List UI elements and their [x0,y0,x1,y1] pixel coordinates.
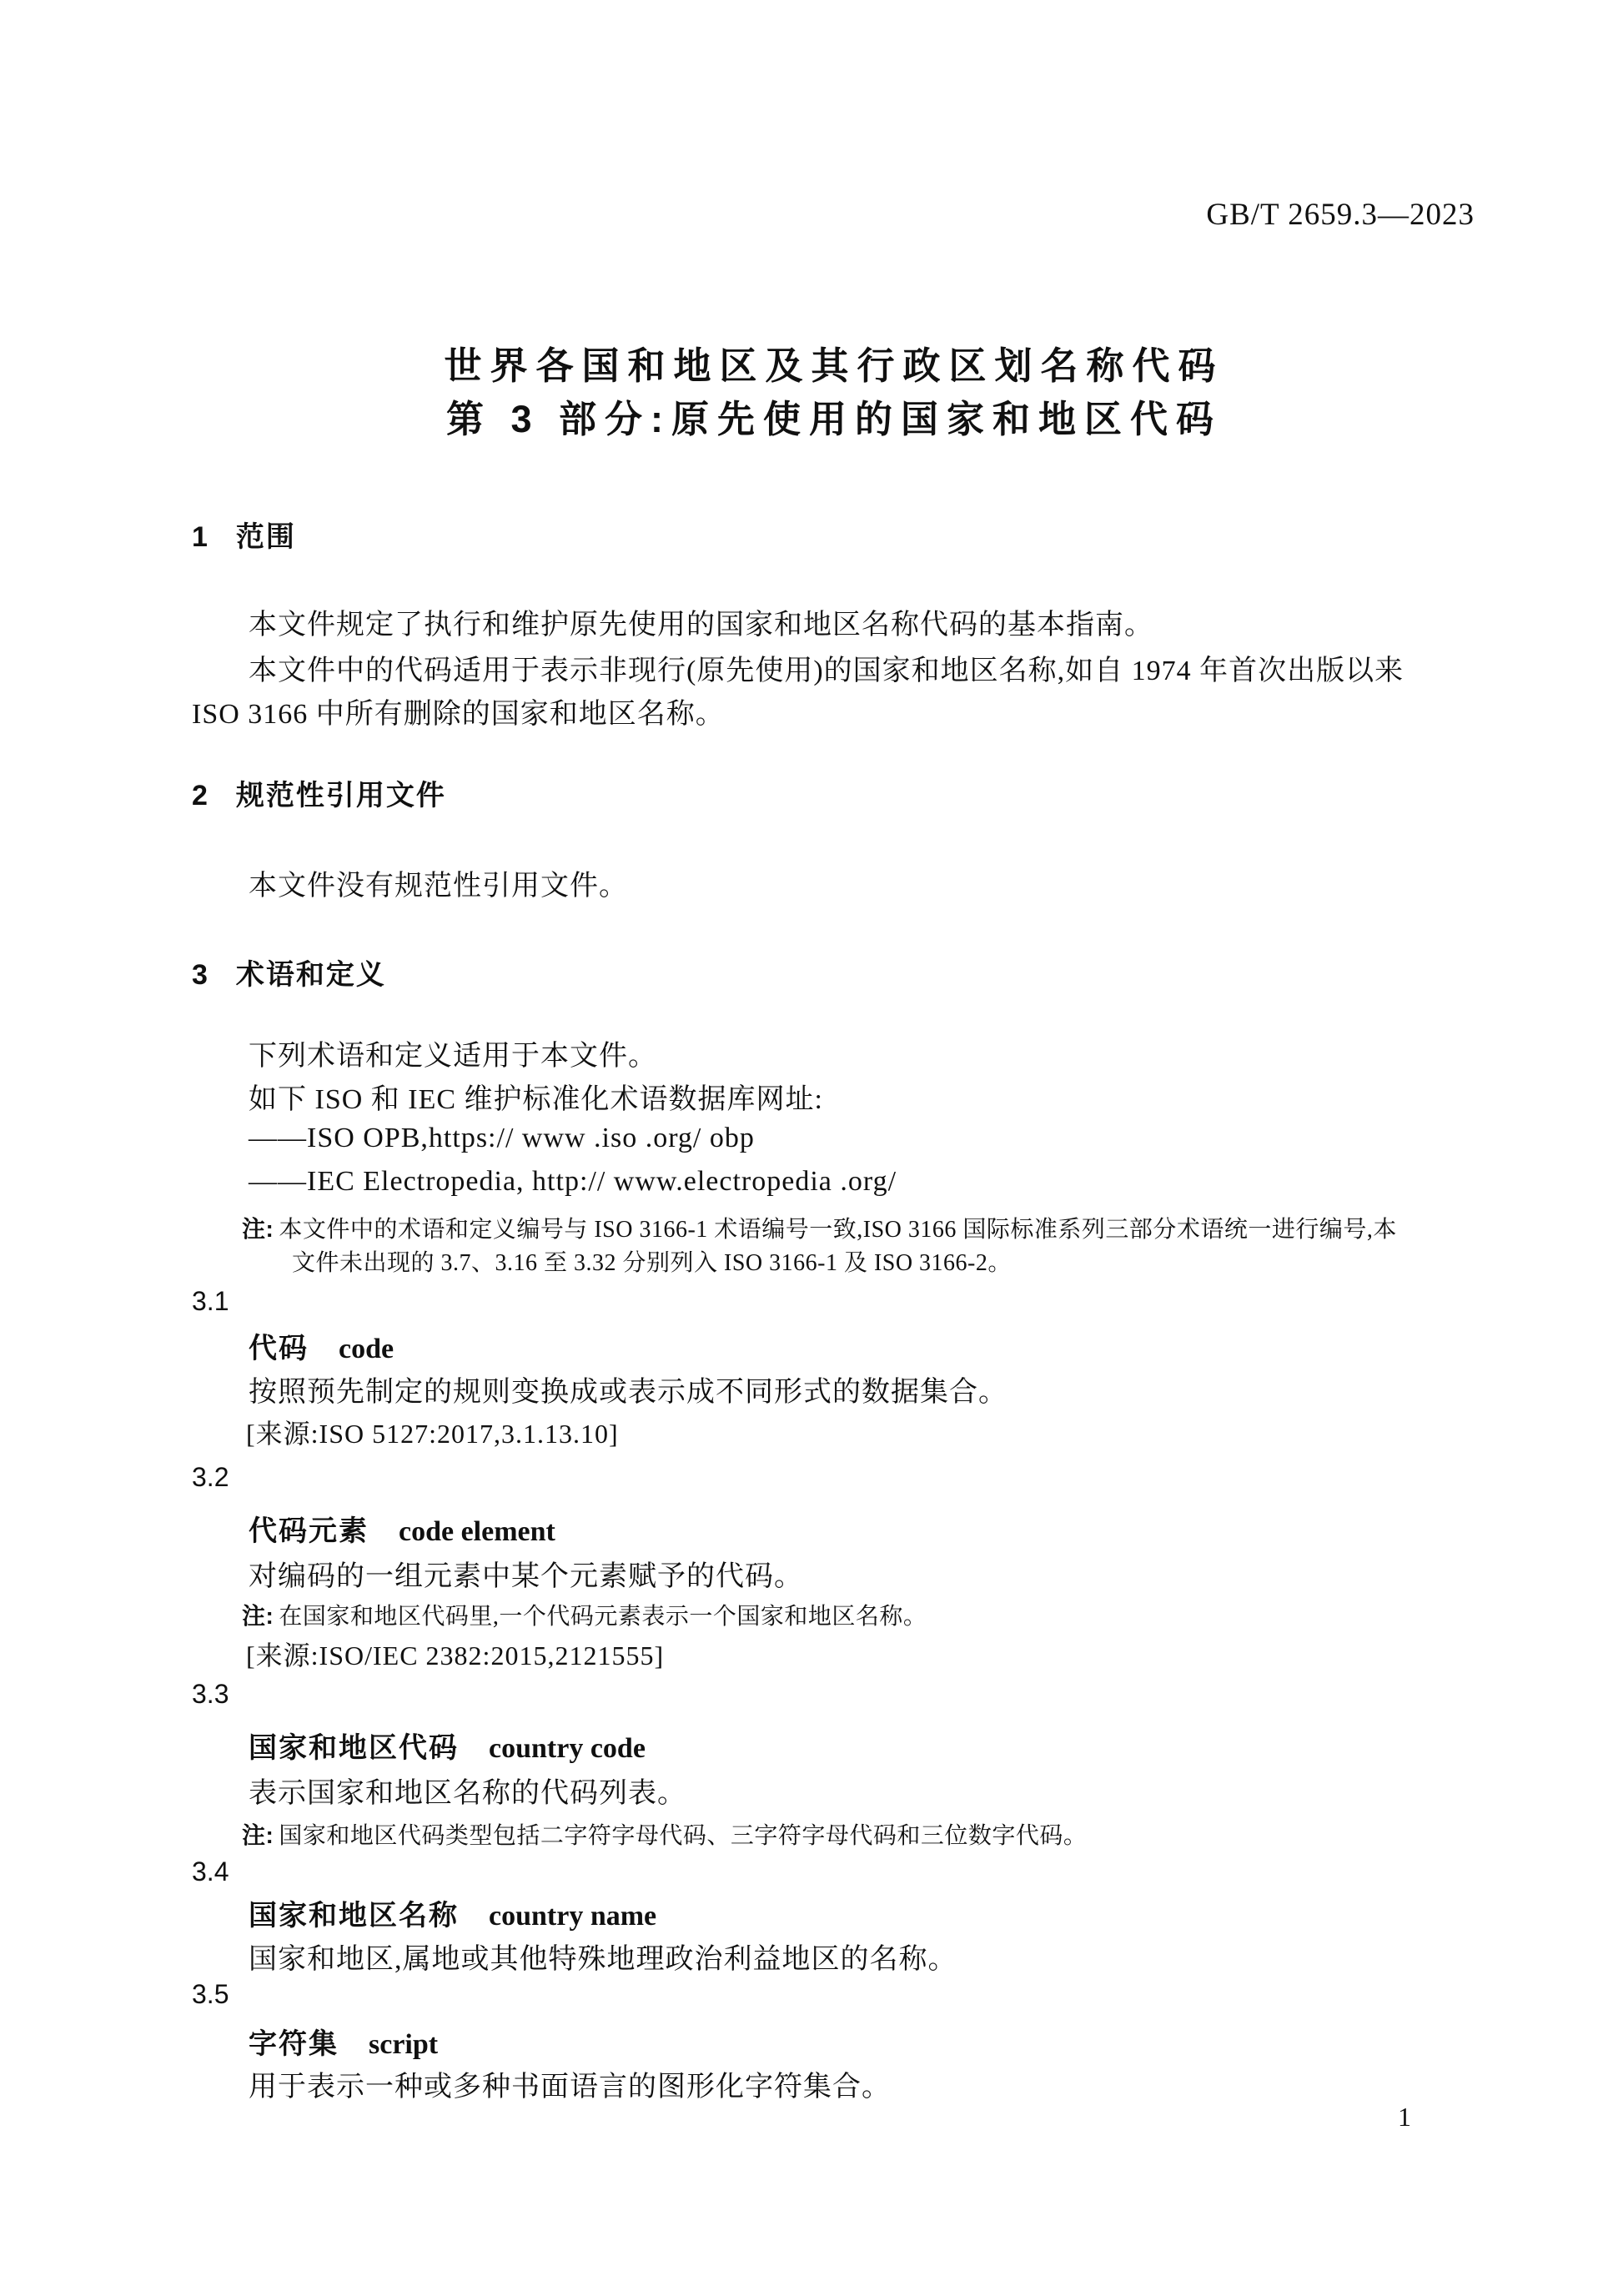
terms-database-item-iso: ——ISO OPB,https:// www .iso .org/ obp [249,1123,755,1154]
term-3-2-id: 3.2 [192,1462,229,1493]
section-1-number: 1 [192,521,208,553]
scope-paragraph-1: 本文件规定了执行和维护原先使用的国家和地区名称代码的基本指南。 [249,601,1153,642]
term-3-2-note: 注:在国家和地区代码里,一个代码元素表示一个国家和地区名称。 [242,1598,927,1631]
term-3-1-zh: 代码 [249,1333,309,1364]
term-3-3-id: 3.3 [192,1679,229,1710]
section-2-title: 规范性引用文件 [236,780,446,811]
terms-note-line1: 注:本文件中的术语和定义编号与 ISO 3166-1 术语编号一致,ISO 31… [242,1211,1397,1244]
term-3-4-id: 3.4 [192,1856,229,1887]
page-number: 1 [1398,2102,1411,2133]
section-1-heading: 1范围 [192,514,296,555]
term-3-3-zh: 国家和地区代码 [249,1732,459,1764]
section-3-title: 术语和定义 [236,959,386,991]
term-3-2-zh: 代码元素 [249,1515,369,1547]
term-3-2-heading: 代码元素code element [249,1508,555,1549]
terms-intro-2: 如下 ISO 和 IEC 维护标准化术语数据库网址: [249,1076,823,1117]
section-2-number: 2 [192,780,208,811]
term-3-2-source: [来源:ISO/IEC 2382:2015,2121555] [246,1635,664,1673]
terms-note-label: 注: [242,1216,274,1242]
document-title-line1: 世界各国和地区及其行政区划名称代码 [192,335,1476,389]
term-3-3-note-label: 注: [242,1822,274,1848]
terms-note-text-line1: 本文件中的术语和定义编号与 ISO 3166-1 术语编号一致,ISO 3166… [279,1217,1397,1243]
term-3-5-heading: 字符集script [249,2021,438,2062]
term-3-5-definition: 用于表示一种或多种书面语言的图形化字符集合。 [249,2063,891,2104]
term-3-1-definition: 按照预先制定的规则变换成或表示成不同形式的数据集合。 [249,1369,1007,1409]
terms-intro-1: 下列术语和定义适用于本文件。 [249,1032,657,1073]
scope-paragraph-2-line1: 本文件中的代码适用于表示非现行(原先使用)的国家和地区名称,如自 1974 年首… [249,647,1404,688]
term-3-1-heading: 代码code [249,1325,394,1366]
document-page: GB/T 2659.3—2023 世界各国和地区及其行政区划名称代码 第 3 部… [0,0,1623,2296]
term-3-4-zh: 国家和地区名称 [249,1900,459,1932]
term-3-4-en: country name [489,1901,656,1932]
term-3-5-zh: 字符集 [249,2028,339,2060]
term-3-1-id: 3.1 [192,1286,229,1317]
normative-refs-paragraph: 本文件没有规范性引用文件。 [249,862,628,903]
term-3-2-en: code element [399,1516,555,1547]
term-3-5-id: 3.5 [192,1979,229,2010]
term-3-3-en: country code [489,1733,646,1764]
term-3-4-heading: 国家和地区名称country name [249,1892,656,1933]
term-3-1-en: code [339,1334,394,1364]
term-3-2-definition: 对编码的一组元素中某个元素赋予的代码。 [249,1553,803,1594]
term-3-3-note-text: 国家和地区代码类型包括二字符字母代码、三字符字母代码和三位数字代码。 [279,1823,1087,1849]
term-3-5-en: script [369,2029,438,2060]
document-title-line2: 第 3 部分:原先使用的国家和地区代码 [192,389,1476,443]
section-3-number: 3 [192,959,208,991]
terms-database-item-iec: ——IEC Electropedia, http:// www.electrop… [249,1166,897,1198]
section-2-heading: 2规范性引用文件 [192,772,446,813]
term-3-3-heading: 国家和地区代码country code [249,1725,646,1766]
section-3-heading: 3术语和定义 [192,952,386,992]
term-3-1-source: [来源:ISO 5127:2017,3.1.13.10] [246,1413,619,1451]
section-1-title: 范围 [236,521,296,553]
term-3-2-note-label: 注: [242,1603,274,1629]
term-3-3-note: 注:国家和地区代码类型包括二字符字母代码、三字符字母代码和三位数字代码。 [242,1817,1087,1851]
term-3-2-note-text: 在国家和地区代码里,一个代码元素表示一个国家和地区名称。 [279,1604,927,1630]
standard-code: GB/T 2659.3—2023 [1206,197,1475,233]
terms-note-line2: 文件未出现的 3.7、3.16 至 3.32 分别列入 ISO 3166-1 及… [292,1244,1012,1278]
term-3-4-definition: 国家和地区,属地或其他特殊地理政治利益地区的名称。 [249,1936,957,1977]
term-3-3-definition: 表示国家和地区名称的代码列表。 [249,1770,686,1811]
scope-paragraph-2-line2: ISO 3166 中所有删除的国家和地区名称。 [192,691,725,731]
